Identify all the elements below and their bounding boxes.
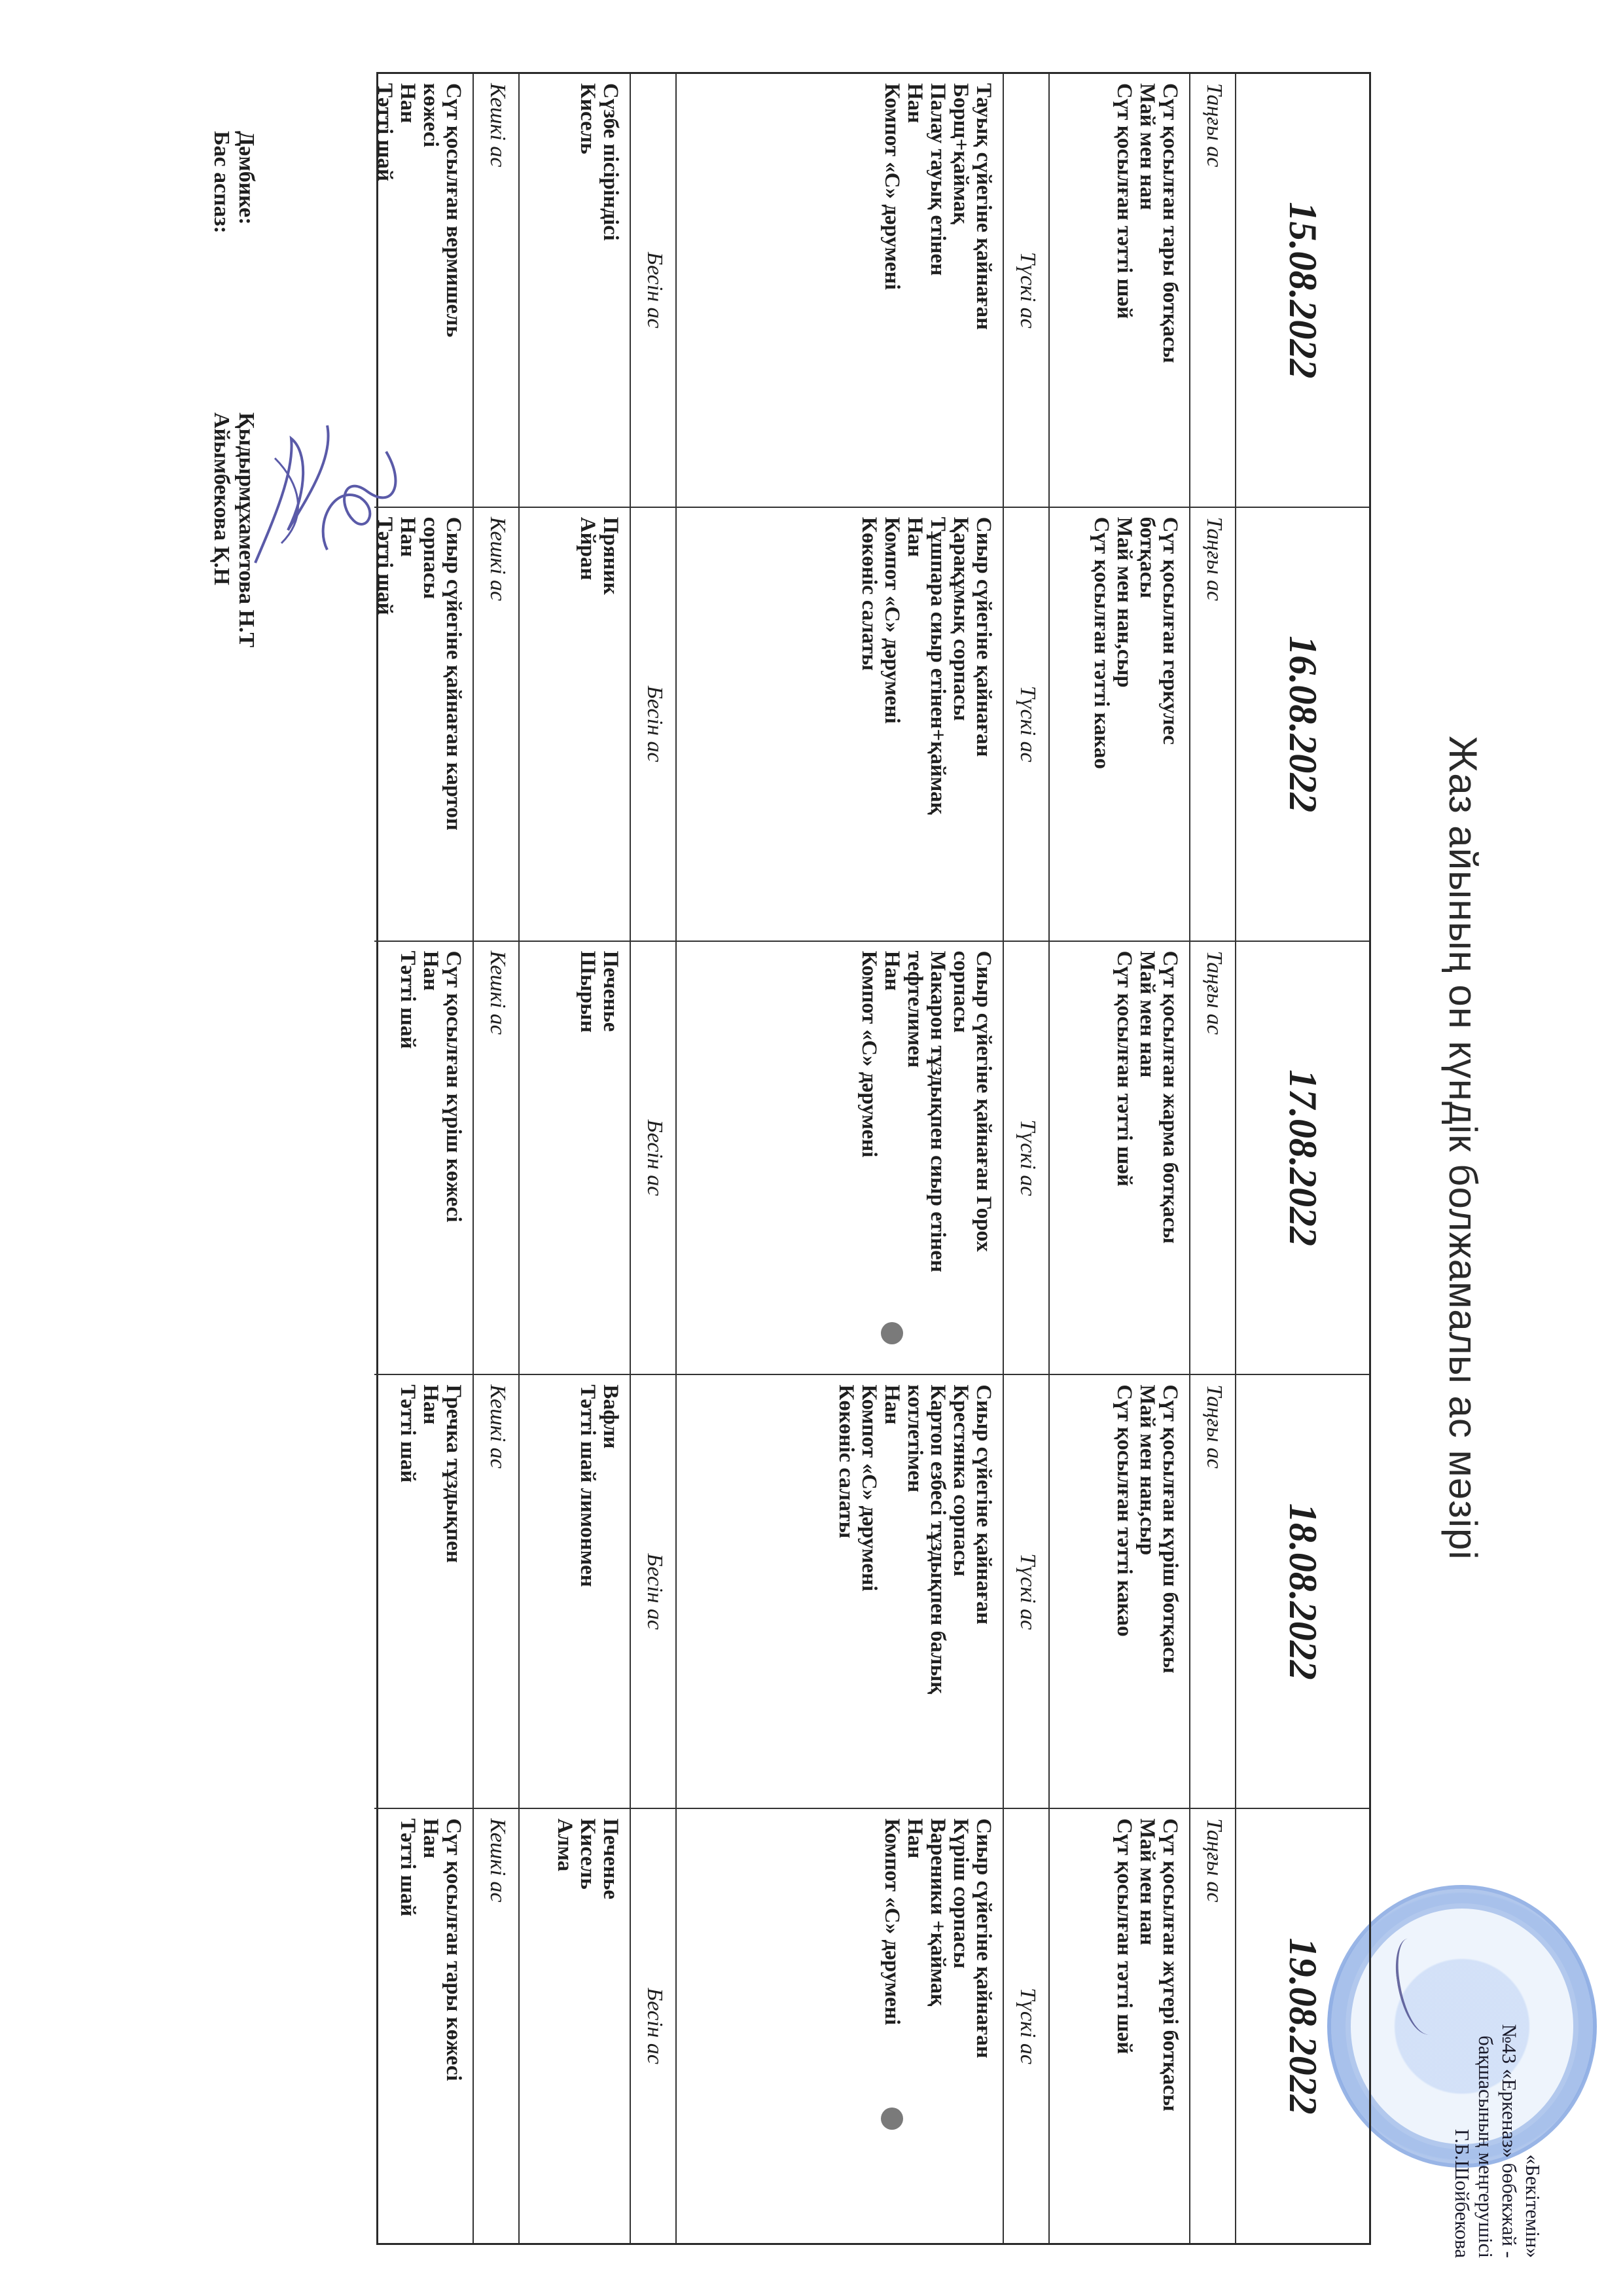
menu-item: ботқасы xyxy=(1135,517,1158,931)
lunch-items: Сиыр сүйегіне қайнағанКрестянка сорпасыК… xyxy=(675,1375,1003,1809)
menu-item: Май мен нан xyxy=(1135,951,1158,1365)
menu-item: Сиыр сүйегіне қайнаған Горох xyxy=(972,951,995,1365)
menu-item: Алма xyxy=(553,1818,576,2234)
snack-label: Бесін ас xyxy=(630,942,675,1376)
lunch-items: Тауық сүйегіне қайнағанБорщ+қаймақПалау … xyxy=(675,74,1003,508)
menu-item: сорпасы xyxy=(949,951,972,1365)
handwritten-signature xyxy=(249,412,406,602)
menu-item: Сүт қосылған геркулес xyxy=(1158,517,1181,931)
menu-item: Компот «С» дәрумені xyxy=(880,83,903,497)
menu-item: Сүзбе пісіріндісі xyxy=(599,83,622,497)
breakfast-label: Таңғы ас xyxy=(1189,1809,1235,2243)
lunch-label: Түскі ас xyxy=(1003,942,1048,1376)
menu-item: Май мен нан xyxy=(1135,83,1158,497)
breakfast-items: Сүт қосылған жарма ботқасыМай мен нанСүт… xyxy=(1048,942,1189,1376)
approval-line: «Бекітемін» xyxy=(1521,1918,1544,2258)
lunch-label: Түскі ас xyxy=(1003,74,1048,508)
menu-item: Нан xyxy=(880,1384,903,1799)
chef-name: Айымбекова Қ.Н xyxy=(209,412,234,585)
day-header: 16.08.2022 xyxy=(1235,508,1369,942)
breakfast-label: Таңғы ас xyxy=(1189,508,1235,942)
menu-item: Май мен нан xyxy=(1135,1818,1158,2234)
menu-item: Көкөніс салаты xyxy=(834,1384,857,1799)
menu-item: тефтелимен xyxy=(903,951,926,1365)
breakfast-items: Сүт қосылған тары ботқасыМай мен нанСүт … xyxy=(1048,74,1189,508)
snack-items: ПеченьеШырын xyxy=(518,942,630,1376)
chef-label: Бас аспаз: xyxy=(209,131,234,412)
lunch-label: Түскі ас xyxy=(1003,1375,1048,1809)
menu-item: Тәтті шай xyxy=(396,951,419,1365)
menu-item: Тұшпара сиыр етінен+қаймақ xyxy=(926,517,949,931)
menu-item: Сүт қосылған күріш ботқасы xyxy=(1158,1384,1181,1799)
menu-item: Сүт қосылған тәтті шәй xyxy=(1113,951,1135,1365)
menu-item: Көкөніс салаты xyxy=(857,517,880,931)
snack-items: ВафлиТәтті шай лимонмен xyxy=(518,1375,630,1809)
menu-item: Шырын xyxy=(576,951,599,1365)
menu-item: Сүт қосылған тәтті шәй xyxy=(1113,1818,1135,2234)
menu-item: Сүт қосылған күріш көжесі xyxy=(442,951,465,1365)
lunch-label: Түскі ас xyxy=(1003,508,1048,942)
menu-item: Нан xyxy=(419,1818,442,2234)
menu-item: Кисель xyxy=(576,1818,599,2234)
menu-item: көжесі xyxy=(419,83,442,497)
day-header: 18.08.2022 xyxy=(1235,1375,1369,1809)
snack-items: ПряникАйран xyxy=(518,508,630,942)
breakfast-label: Таңғы ас xyxy=(1189,74,1235,508)
approval-line: №43 «Еркеназ» бөбекжай - xyxy=(1497,1918,1521,2258)
dinner-items: Сүт қосылған тары көжесіНанТәтті шай xyxy=(374,1809,473,2243)
breakfast-items: Сүт қосылған геркулесботқасыМай мен нан,… xyxy=(1048,508,1189,942)
menu-item: Нан xyxy=(903,1818,926,2234)
menu-item: Май мен нан,сыр xyxy=(1135,1384,1158,1799)
menu-item: Картоп езбесі тұздықпен балық xyxy=(926,1384,949,1799)
scan-speck xyxy=(881,1322,903,1344)
menu-item: Нан xyxy=(419,1384,442,1799)
menu-item: Тауық сүйегіне қайнаған xyxy=(972,83,995,497)
snack-label: Бесін ас xyxy=(630,508,675,942)
breakfast-label: Таңғы ас xyxy=(1189,942,1235,1376)
menu-item: Сүт қосылған жарма ботқасы xyxy=(1158,951,1181,1365)
menu-item: сорпасы xyxy=(419,517,442,931)
menu-item: Сиыр сүйегіне қайнаған xyxy=(972,1384,995,1799)
menu-item: Сүт қосылған тары ботқасы xyxy=(1158,83,1181,497)
breakfast-items: Сүт қосылған жүгері ботқасыМай мен нанСү… xyxy=(1048,1809,1189,2243)
menu-item: Вареники +қаймақ xyxy=(926,1818,949,2234)
menu-document-page: «Бекітемін» №43 «Еркеназ» бөбекжай - бақ… xyxy=(0,0,1623,2296)
menu-item: Май мен нан,сыр xyxy=(1113,517,1135,931)
menu-item: Сүт қосылған тәтті шәй xyxy=(1113,83,1135,497)
menu-item: Палау тауық етінен xyxy=(926,83,949,497)
breakfast-label: Таңғы ас xyxy=(1189,1375,1235,1809)
day-header: 15.08.2022 xyxy=(1235,74,1369,508)
menu-item: Сиыр сүйегіне қайнаған xyxy=(972,1818,995,2234)
menu-item: Макарон тұздықпен сиыр етінен xyxy=(926,951,949,1365)
menu-item: Пряник xyxy=(599,517,622,931)
snack-label: Бесін ас xyxy=(630,1375,675,1809)
day-header: 19.08.2022 xyxy=(1235,1809,1369,2243)
menu-item: Печенье xyxy=(599,1818,622,2234)
snack-items: ПеченьеКисельАлма xyxy=(518,1809,630,2243)
menu-item: Компот «С» дәрумені xyxy=(880,517,903,931)
menu-item: Компот «С» дәрумені xyxy=(857,951,880,1365)
menu-item: Крестянка сорпасы xyxy=(949,1384,972,1799)
menu-item: Айран xyxy=(576,517,599,931)
page-title: Жаз айының он күндік болжамалы ас мәзірі xyxy=(1440,0,1486,2296)
menu-item: Сүт қосылған тәтті какао xyxy=(1090,517,1113,931)
day-header: 17.08.2022 xyxy=(1235,942,1369,1376)
menu-item: Компот «С» дәрумені xyxy=(880,1818,903,2234)
menu-item: Нан xyxy=(903,517,926,931)
menu-item: Сиыр сүйегіне қайнаған картоп xyxy=(442,517,465,931)
breakfast-items: Сүт қосылған күріш ботқасыМай мен нан,сы… xyxy=(1048,1375,1189,1809)
menu-item: Гречка тұздықпен xyxy=(442,1384,465,1799)
menu-item: Борщ+қаймақ xyxy=(949,83,972,497)
lunch-items: Сиыр сүйегіне қайнағанКүріш сорпасыВарен… xyxy=(675,1809,1003,2243)
menu-item: Тәтті шай лимонмен xyxy=(576,1384,599,1799)
snack-items: Сүзбе пісіріндісіКисель xyxy=(518,74,630,508)
menu-item: Сүт қосылған жүгері ботқасы xyxy=(1158,1818,1181,2234)
lunch-label: Түскі ас xyxy=(1003,1809,1048,2243)
scan-speck xyxy=(881,2108,903,2130)
lunch-items: Сиыр сүйегіне қайнағанҚарақұмық сорпасыТ… xyxy=(675,508,1003,942)
menu-item: Кисель xyxy=(576,83,599,497)
menu-item: Сүт қосылған вермишель xyxy=(442,83,465,497)
menu-item: Сүт қосылған тәтті какао xyxy=(1113,1384,1135,1799)
menu-item: Тәтті шай xyxy=(396,1384,419,1799)
menu-item: Нан xyxy=(903,83,926,497)
dinner-label: Кешкі ас xyxy=(473,74,518,508)
menu-item: Сүт қосылған тары көжесі xyxy=(442,1818,465,2234)
snack-label: Бесін ас xyxy=(630,74,675,508)
menu-table: 15.08.202216.08.202217.08.202218.08.2022… xyxy=(376,72,1371,2245)
menu-item: Компот «С» дәрумені xyxy=(857,1384,880,1799)
menu-item: Күріш сорпасы xyxy=(949,1818,972,2234)
menu-item: Нан xyxy=(880,951,903,1365)
lunch-items: Сиыр сүйегіне қайнаған ГорохсорпасыМакар… xyxy=(675,942,1003,1376)
snack-label: Бесін ас xyxy=(630,1809,675,2243)
dinner-label: Кешкі ас xyxy=(473,1375,518,1809)
nurse-label: Дәмбике: xyxy=(234,131,259,412)
dinner-label: Кешкі ас xyxy=(473,1809,518,2243)
menu-item: Нан xyxy=(419,951,442,1365)
menu-item: Печенье xyxy=(599,951,622,1365)
dinner-items: Гречка тұздықпенНанТәтті шай xyxy=(374,1375,473,1809)
menu-item: котлетімен xyxy=(903,1384,926,1799)
dinner-items: Сүт қосылған күріш көжесіНанТәтті шай xyxy=(374,942,473,1376)
menu-item: Қарақұмық сорпасы xyxy=(949,517,972,931)
menu-item: Сиыр сүйегіне қайнаған xyxy=(972,517,995,931)
menu-item: Вафли xyxy=(599,1384,622,1799)
menu-item: Тәтті шай xyxy=(396,1818,419,2234)
dinner-label: Кешкі ас xyxy=(473,942,518,1376)
dinner-label: Кешкі ас xyxy=(473,508,518,942)
